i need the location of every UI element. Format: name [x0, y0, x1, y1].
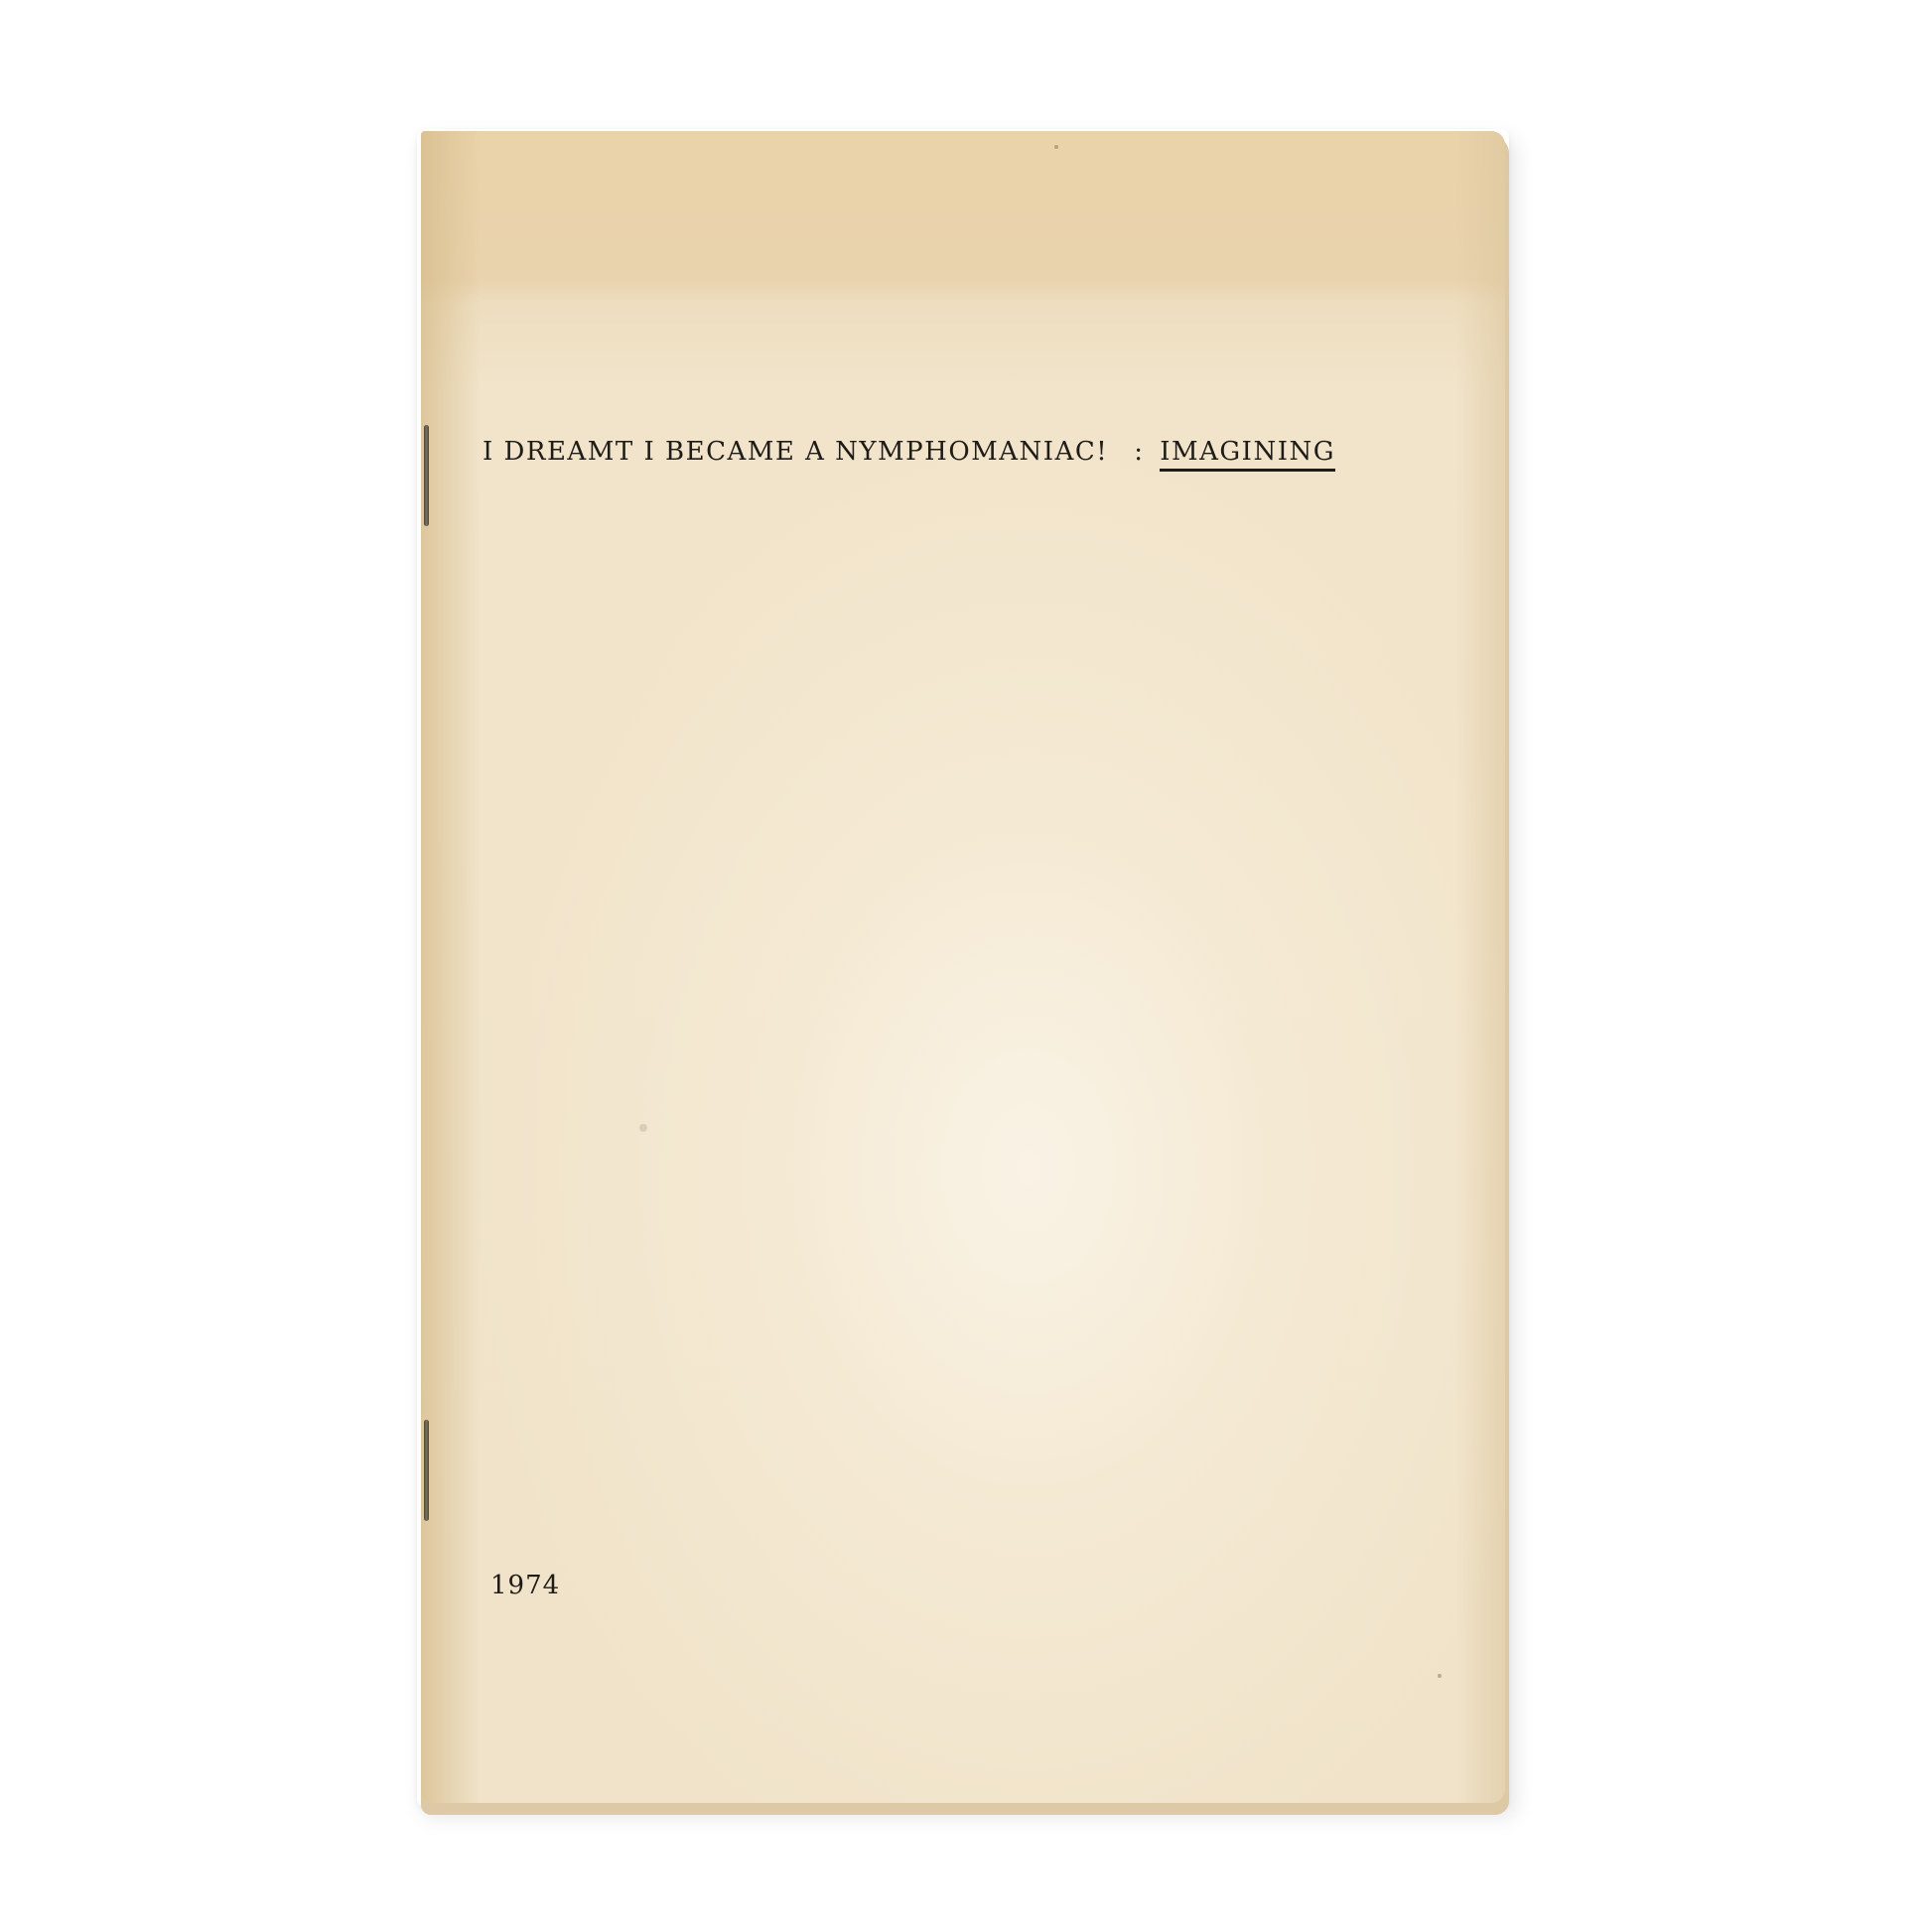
paper-speck — [639, 1124, 647, 1132]
paper-speck — [1054, 145, 1058, 149]
publication-year: 1974 — [490, 1571, 560, 1600]
staple-bottom — [424, 1420, 429, 1521]
cover-title: I DREAMT I BECAME A NYMPHOMANIAC!: IMAGI… — [483, 437, 1335, 472]
staple-top — [424, 425, 429, 526]
subtitle-underlined: IMAGINING — [1160, 437, 1335, 472]
booklet-cover: I DREAMT I BECAME A NYMPHOMANIAC!: IMAGI… — [421, 131, 1505, 1803]
title-separator: : — [1134, 437, 1144, 467]
paper-speck — [1438, 1674, 1442, 1678]
title-text: I DREAMT I BECAME A NYMPHOMANIAC! — [483, 437, 1108, 467]
